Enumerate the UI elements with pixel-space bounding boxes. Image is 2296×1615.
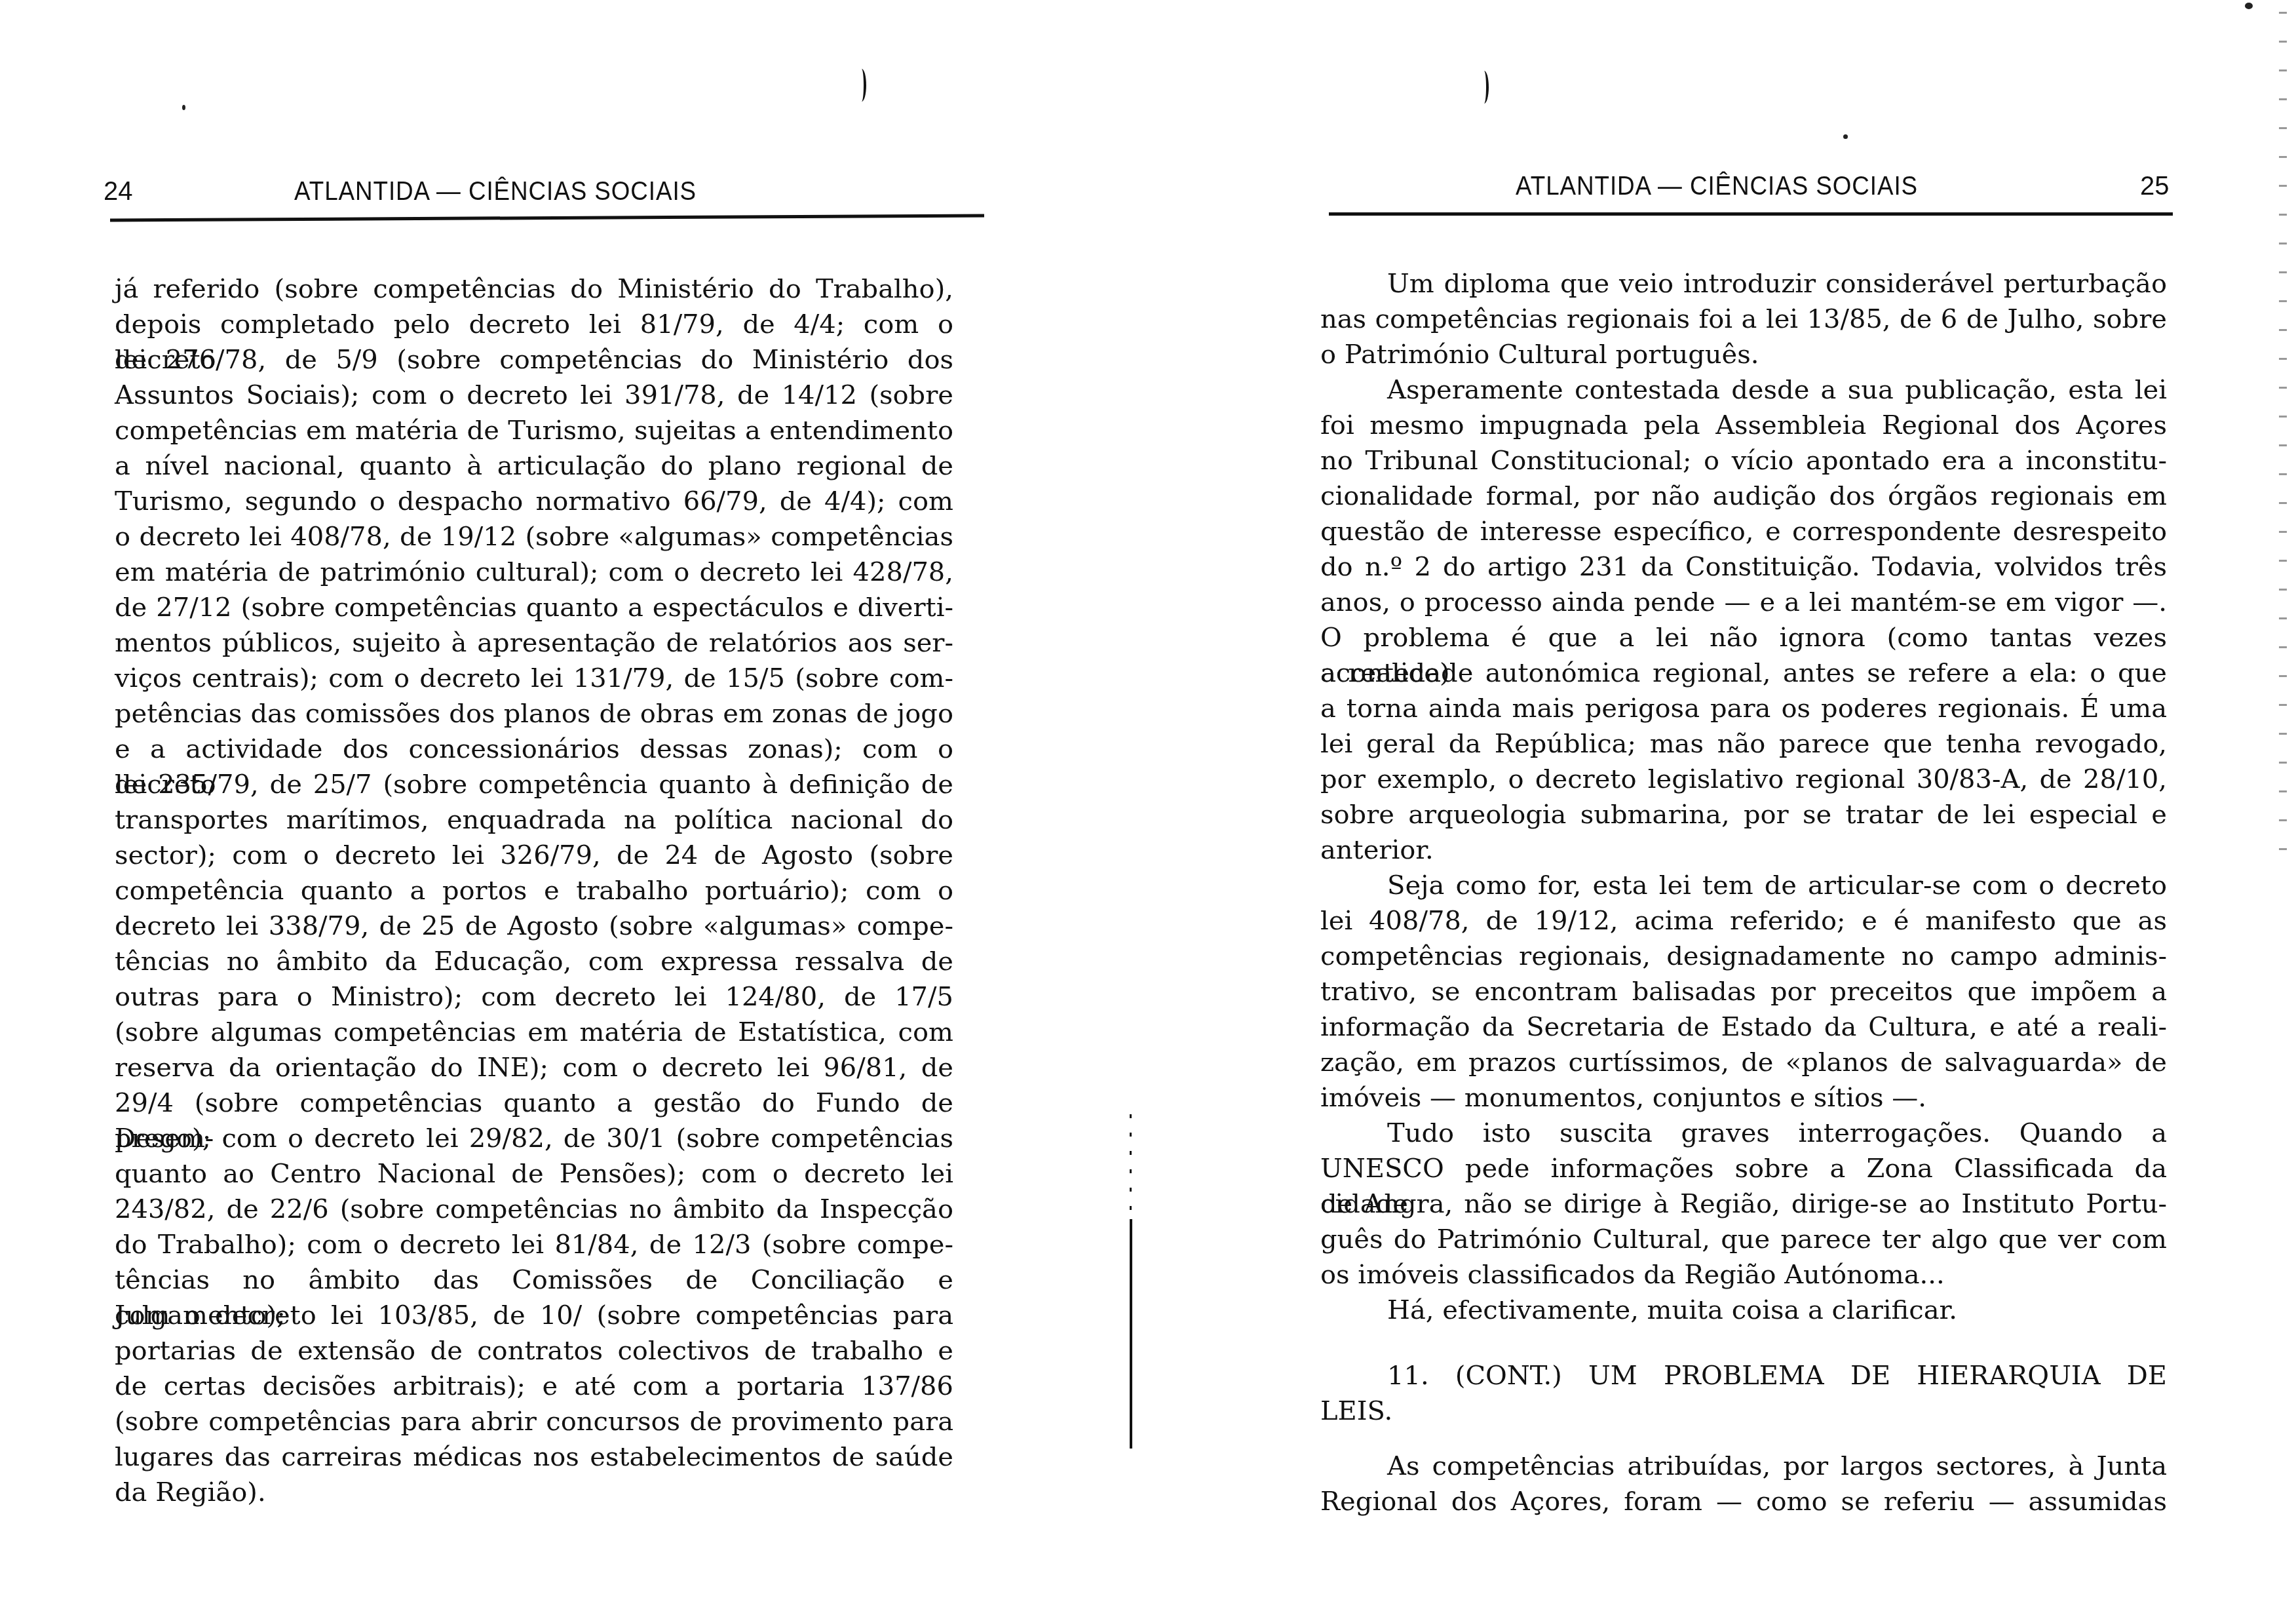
paragraph-line: Um diploma que veio introduzir considerá…: [1320, 266, 2167, 302]
text-line-content: questão de interesse específico, e corre…: [1320, 514, 2167, 549]
paragraph-line: quanto ao Centro Nacional de Pensões); c…: [115, 1156, 953, 1192]
text-line-content: lei 408/78, de 19/12, acima referido; e …: [1320, 903, 2167, 939]
text-line-content: com o decreto lei 103/85, de 10/ (sobre …: [115, 1298, 953, 1333]
text-line-content: petências das comissões dos planos de ob…: [115, 696, 953, 731]
paragraph-line: o decreto lei 408/78, de 19/12 (sobre «a…: [115, 519, 953, 555]
text-line-content: Asperamente contestada desde a sua publi…: [1387, 372, 2167, 408]
paragraph-line: petências das comissões dos planos de ob…: [115, 696, 953, 731]
paragraph-line: (sobre competências para abrir concursos…: [115, 1404, 953, 1439]
paragraph-line: (sobre algumas competências em matéria d…: [115, 1015, 953, 1050]
paragraph-line: Há, efectivamente, muita coisa a clarifi…: [1320, 1293, 2167, 1328]
text-line-content: guês do Património Cultural, que parece …: [1320, 1222, 2167, 1257]
paragraph-line: nas competências regionais foi a lei 13/…: [1320, 302, 2167, 337]
paragraph-gap: [1320, 1328, 2167, 1358]
paragraph-line: sector); com o decreto lei 326/79, de 24…: [115, 838, 953, 873]
text-line-content: (sobre competências para abrir concursos…: [115, 1404, 953, 1439]
paragraph-line: 243/82, de 22/6 (sobre competências no â…: [115, 1192, 953, 1227]
text-line-content: os imóveis classificados da Região Autón…: [1320, 1257, 2167, 1293]
text-line-content: no Tribunal Constitucional; o vício apon…: [1320, 443, 2167, 478]
paragraph-line: decreto lei 338/79, de 25 de Agosto (sob…: [115, 908, 953, 944]
text-line-content: lugares das carreiras médicas nos estabe…: [115, 1439, 953, 1475]
text-line-content: trativo, se encontram balisadas por prec…: [1320, 974, 2167, 1009]
text-line-content: do Trabalho); com o decreto lei 81/84, d…: [115, 1227, 953, 1262]
paragraph-line: lei 276/78, de 5/9 (sobre competências d…: [115, 342, 953, 378]
paragraph-line: competência quanto a portos e trabalho p…: [115, 873, 953, 908]
text-line-content: outras para o Ministro); com decreto lei…: [115, 979, 953, 1015]
text-line-content: 243/82, de 22/6 (sobre competências no â…: [115, 1192, 953, 1227]
paragraph-line: no Tribunal Constitucional; o vício apon…: [1320, 443, 2167, 478]
text-line-content: do n.º 2 do artigo 231 da Constituição. …: [1320, 549, 2167, 585]
paragraph-line: tências no âmbito das Comissões de Conci…: [115, 1262, 953, 1298]
text-line-content: sector); com o decreto lei 326/79, de 24…: [115, 838, 953, 873]
text-line-content: mentos públicos, sujeito à apresentação …: [115, 625, 953, 661]
paragraph-line: As competências atribuídas, por largos s…: [1320, 1449, 2167, 1484]
header-rule: [110, 214, 984, 222]
paragraph-line: portarias de extensão de contratos colec…: [115, 1333, 953, 1369]
paragraph-line: O problema é que a lei não ignora (como …: [1320, 620, 2167, 655]
text-line-content: competências regionais, designadamente n…: [1320, 939, 2167, 974]
paragraph-line: informação da Secretaria de Estado da Cu…: [1320, 1009, 2167, 1045]
section-heading-line: 11. (CONT.) UM PROBLEMA DE HIERARQUIA DE: [1320, 1358, 2167, 1393]
text-line-content: por exemplo, o decreto legislativo regio…: [1320, 762, 2167, 797]
page-number: 24: [104, 177, 133, 206]
text-line-content: de certas decisões arbitrais); e até com…: [115, 1369, 953, 1404]
paragraph-line: o Património Cultural português.: [1320, 337, 2167, 372]
text-line-content: já referido (sobre competências do Minis…: [115, 271, 953, 307]
text-line-content: Um diploma que veio introduzir considerá…: [1387, 266, 2167, 302]
paragraph-line: de certas decisões arbitrais); e até com…: [115, 1369, 953, 1404]
paragraph-line: zação, em prazos curtíssimos, de «planos…: [1320, 1045, 2167, 1080]
text-line-content: foi mesmo impugnada pela Assembleia Regi…: [1320, 408, 2167, 443]
paragraph-line: anterior.: [1320, 832, 2167, 868]
text-line-content: a realidade autonómica regional, antes s…: [1320, 655, 2167, 691]
paragraph-line: prego); com o decreto lei 29/82, de 30/1…: [115, 1121, 953, 1156]
text-line-content: Há, efectivamente, muita coisa a clarifi…: [1387, 1293, 2167, 1328]
paragraph-line: a realidade autonómica regional, antes s…: [1320, 655, 2167, 691]
text-line-content: decreto lei 338/79, de 25 de Agosto (sob…: [115, 908, 953, 944]
text-line-content: transportes marítimos, enquadrada na pol…: [115, 802, 953, 838]
paragraph-line: outras para o Ministro); com decreto lei…: [115, 979, 953, 1015]
text-line-content: Seja como for, esta lei tem de articular…: [1387, 868, 2167, 903]
text-line-content: lei 235/79, de 25/7 (sobre competência q…: [115, 767, 953, 802]
paragraph-line: de 27/12 (sobre competências quanto a es…: [115, 590, 953, 625]
text-line-content: de 27/12 (sobre competências quanto a es…: [115, 590, 953, 625]
paragraph-line: os imóveis classificados da Região Autón…: [1320, 1257, 2167, 1293]
paragraph-line: e a actividade dos concessionários dessa…: [115, 731, 953, 767]
text-line-content: quanto ao Centro Nacional de Pensões); c…: [115, 1156, 953, 1192]
paragraph-line: reserva da orientação do INE); com o dec…: [115, 1050, 953, 1085]
paragraph-line: mentos públicos, sujeito à apresentação …: [115, 625, 953, 661]
paragraph-line: viços centrais); com o decreto lei 131/7…: [115, 661, 953, 696]
text-line-content: sobre arqueologia submarina, por se trat…: [1320, 797, 2167, 832]
paragraph-line: a nível nacional, quanto à articulação d…: [115, 448, 953, 484]
text-line-content: Assuntos Sociais); com o decreto lei 391…: [115, 378, 953, 413]
paragraph-line: tências no âmbito da Educação, com expre…: [115, 944, 953, 979]
paragraph-line: UNESCO pede informações sobre a Zona Cla…: [1320, 1151, 2167, 1186]
text-line-content: cionalidade formal, por não audição dos …: [1320, 478, 2167, 514]
text-line-content: imóveis — monumentos, conjuntos e sítios…: [1320, 1080, 2167, 1116]
text-line-content: de Angra, não se dirige à Região, dirige…: [1320, 1186, 2167, 1222]
paragraph-line: do n.º 2 do artigo 231 da Constituição. …: [1320, 549, 2167, 585]
text-line-content: competência quanto a portos e trabalho p…: [115, 873, 953, 908]
paragraph-line: cionalidade formal, por não audição dos …: [1320, 478, 2167, 514]
text-line-content: tências no âmbito da Educação, com expre…: [115, 944, 953, 979]
text-line-content: em matéria de património cultural); com …: [115, 555, 953, 590]
body-text: Um diploma que veio introduzir considerá…: [1320, 266, 2167, 1519]
text-line-content: As competências atribuídas, por largos s…: [1387, 1449, 2167, 1484]
paragraph-line: da Região).: [115, 1475, 953, 1510]
paragraph-line: trativo, se encontram balisadas por prec…: [1320, 974, 2167, 1009]
running-head: ATLANTIDA — CIÊNCIAS SOCIAIS: [294, 177, 697, 206]
paragraph-line: sobre arqueologia submarina, por se trat…: [1320, 797, 2167, 832]
text-line-content: portarias de extensão de contratos colec…: [115, 1333, 953, 1369]
paragraph-line: anos, o processo ainda pende — e a lei m…: [1320, 585, 2167, 620]
paragraph-line: Turismo, segundo o despacho normativo 66…: [115, 484, 953, 519]
paragraph-line: Asperamente contestada desde a sua publi…: [1320, 372, 2167, 408]
paragraph-line: questão de interesse específico, e corre…: [1320, 514, 2167, 549]
paragraph-line: lei geral da República; mas não parece q…: [1320, 726, 2167, 762]
text-line-content: nas competências regionais foi a lei 13/…: [1320, 302, 2167, 337]
paragraph-line: competências regionais, designadamente n…: [1320, 939, 2167, 974]
text-line-content: da Região).: [115, 1475, 953, 1510]
text-line-content: zação, em prazos curtíssimos, de «planos…: [1320, 1045, 2167, 1080]
paragraph-line: por exemplo, o decreto legislativo regio…: [1320, 762, 2167, 797]
paragraph-line: depois completado pelo decreto lei 81/79…: [115, 307, 953, 342]
paragraph-line: Tudo isto suscita graves interrogações. …: [1320, 1116, 2167, 1151]
paragraph-line: transportes marítimos, enquadrada na pol…: [115, 802, 953, 838]
paragraph-line: de Angra, não se dirige à Região, dirige…: [1320, 1186, 2167, 1222]
text-line-content: Turismo, segundo o despacho normativo 66…: [115, 484, 953, 519]
paragraph-line: 29/4 (sobre competências quanto a gestão…: [115, 1085, 953, 1121]
paragraph-line: do Trabalho); com o decreto lei 81/84, d…: [115, 1227, 953, 1262]
text-line-content: competências em matéria de Turismo, suje…: [115, 413, 953, 448]
text-line-content: viços centrais); com o decreto lei 131/7…: [115, 661, 953, 696]
paragraph-line: imóveis — monumentos, conjuntos e sítios…: [1320, 1080, 2167, 1116]
paragraph-gap: [1320, 1429, 2167, 1449]
text-line-content: anos, o processo ainda pende — e a lei m…: [1320, 585, 2167, 620]
text-line-content: o decreto lei 408/78, de 19/12 (sobre «a…: [115, 519, 953, 555]
text-line-content: 11. (CONT.) UM PROBLEMA DE HIERARQUIA DE: [1387, 1358, 2167, 1393]
paragraph-line: já referido (sobre competências do Minis…: [115, 271, 953, 307]
text-line-content: lei 276/78, de 5/9 (sobre competências d…: [115, 342, 953, 378]
text-line-content: a torna ainda mais perigosa para os pode…: [1320, 691, 2167, 726]
text-line-content: o Património Cultural português.: [1320, 337, 2167, 372]
text-line-content: lei geral da República; mas não parece q…: [1320, 726, 2167, 762]
paragraph-line: a torna ainda mais perigosa para os pode…: [1320, 691, 2167, 726]
paragraph-line: competências em matéria de Turismo, suje…: [115, 413, 953, 448]
paragraph-line: lei 235/79, de 25/7 (sobre competência q…: [115, 767, 953, 802]
paragraph-line: em matéria de património cultural); com …: [115, 555, 953, 590]
text-line-content: Tudo isto suscita graves interrogações. …: [1387, 1116, 2167, 1151]
text-line-content: prego); com o decreto lei 29/82, de 30/1…: [115, 1121, 953, 1156]
page-number: 25: [2140, 172, 2170, 201]
paragraph-line: Regional dos Açores, foram — como se ref…: [1320, 1484, 2167, 1519]
text-line-content: reserva da orientação do INE); com o dec…: [115, 1050, 953, 1085]
running-head: ATLANTIDA — CIÊNCIAS SOCIAIS: [1516, 172, 1918, 201]
text-line-content: (sobre algumas competências em matéria d…: [115, 1015, 953, 1050]
paragraph-line: lei 408/78, de 19/12, acima referido; e …: [1320, 903, 2167, 939]
paragraph-line: Assuntos Sociais); com o decreto lei 391…: [115, 378, 953, 413]
right-page: ATLANTIDA — CIÊNCIAS SOCIAIS 25 Um diplo…: [1148, 0, 2296, 1615]
paragraph-line: lugares das carreiras médicas nos estabe…: [115, 1439, 953, 1475]
paragraph-line: guês do Património Cultural, que parece …: [1320, 1222, 2167, 1257]
text-line-content: a nível nacional, quanto à articulação d…: [115, 448, 953, 484]
paragraph-line: foi mesmo impugnada pela Assembleia Regi…: [1320, 408, 2167, 443]
text-line-content: informação da Secretaria de Estado da Cu…: [1320, 1009, 2167, 1045]
text-line-content: Regional dos Açores, foram — como se ref…: [1320, 1484, 2167, 1519]
text-line-content: LEIS.: [1320, 1393, 2167, 1429]
header-rule: [1329, 212, 2173, 216]
body-text: já referido (sobre competências do Minis…: [115, 271, 953, 1510]
paragraph-line: Seja como for, esta lei tem de articular…: [1320, 868, 2167, 903]
paragraph-line: com o decreto lei 103/85, de 10/ (sobre …: [115, 1298, 953, 1333]
section-heading-line: LEIS.: [1320, 1393, 2167, 1429]
left-page: 24 ATLANTIDA — CIÊNCIAS SOCIAIS já refer…: [0, 0, 1148, 1615]
text-line-content: anterior.: [1320, 832, 2167, 868]
